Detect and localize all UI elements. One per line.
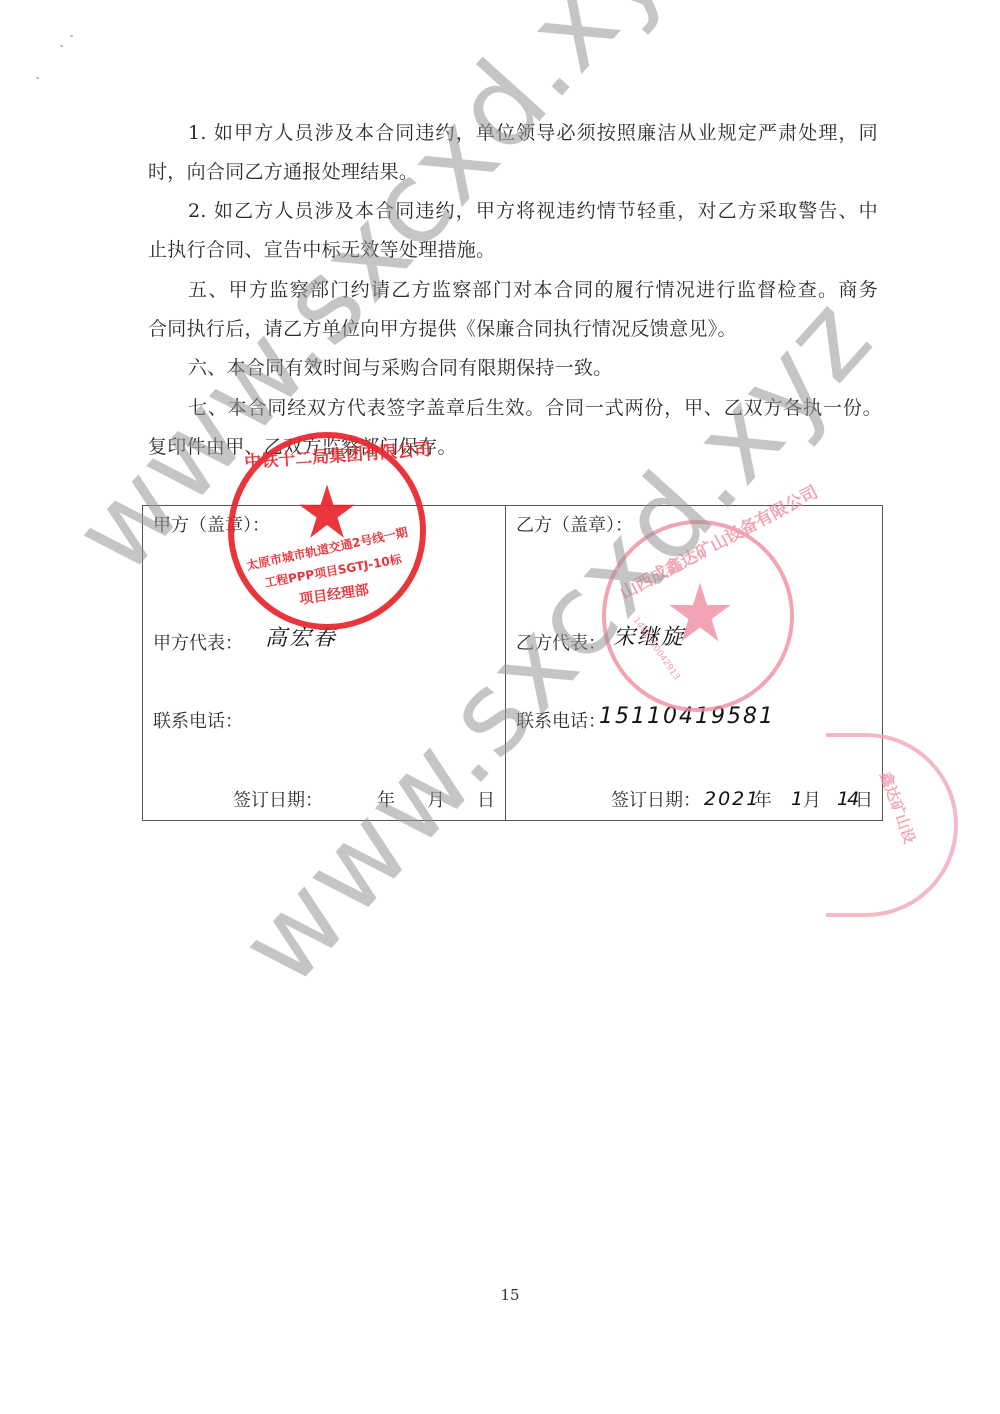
page-number: 15 [490,1286,530,1304]
partial-seal-text: 鑫达矿山设 [871,757,925,858]
scan-speck [36,77,39,79]
clause-2-line-1: 2. 如乙方人员涉及本合同违约，甲方将视违约情节轻重，对乙方采取警告、中 [188,199,878,223]
partial-seal-edge: 鑫达矿山设 [826,733,958,917]
document-page: 1. 如甲方人员涉及本合同违约，单位领导必须按照廉洁从业规定严肃处理，同 时，向… [0,0,1000,1414]
clause-2-line-2: 止执行合同、宣告中标无效等处理措施。 [148,238,878,262]
scan-speck [60,45,63,47]
party-a-signature: 高宏春 [265,628,337,650]
party-a-phone-label: 联系电话： [153,711,243,733]
scan-speck [70,35,73,37]
seal-star-icon [298,484,356,540]
party-b-date-label: 签订日期： [611,790,701,812]
party-a-representative-label: 甲方代表： [153,633,243,655]
party-b-month-unit: 月 [803,790,821,812]
party-b-year-value: 2021 [704,788,760,810]
party-b-year-unit: 年 [754,790,772,812]
party-a-date-label: 签订日期： [233,790,323,812]
